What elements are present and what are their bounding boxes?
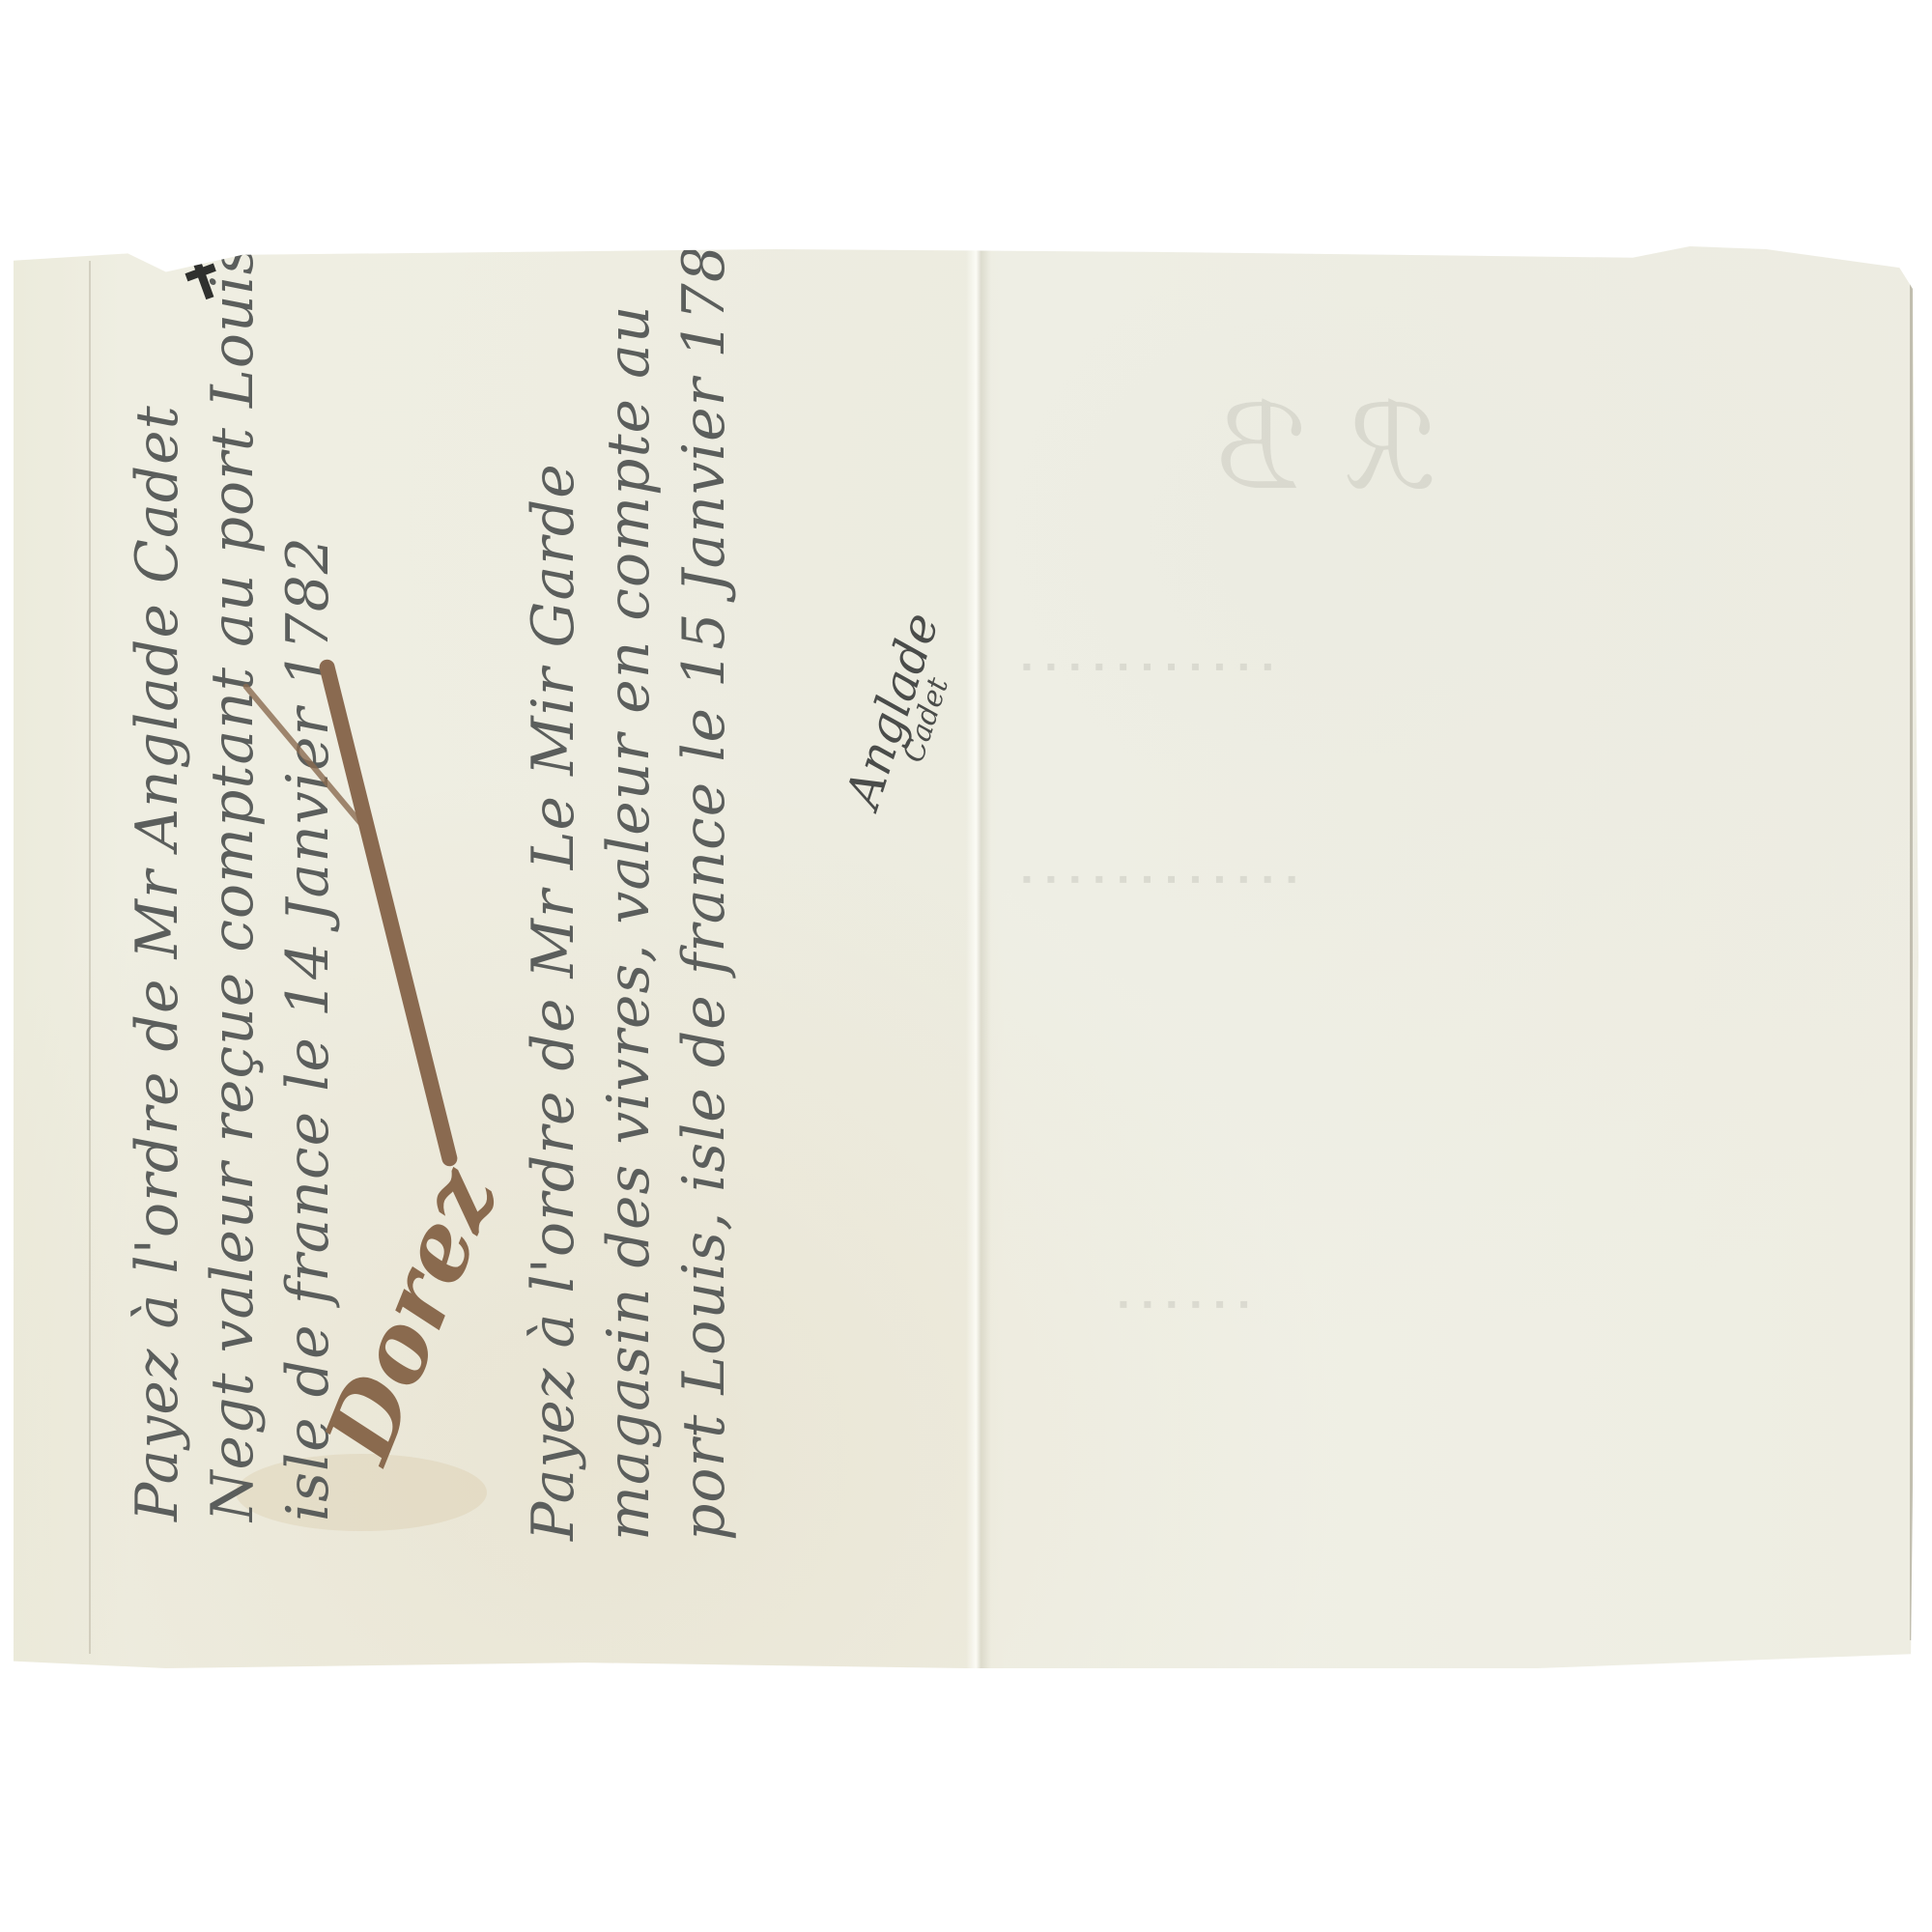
endorsement-2: Payez à l'ordre de Mr Le Mir Garde magas… bbox=[516, 207, 742, 1541]
show-through-print: ▪ ▪ ▪ ▪ ▪ ▪ bbox=[1115, 1290, 1249, 1321]
center-fold bbox=[966, 246, 991, 1668]
show-through-print: ℛ ℬ bbox=[1211, 382, 1435, 516]
endorsement-1-line-2: Negt valeur reçue comptant au port Louis bbox=[195, 243, 270, 1521]
endorsement-2-line-1: Payez à l'ordre de Mr Le Mir Garde bbox=[516, 207, 591, 1541]
endorsement-2-line-3: port Louis, isle de france le 15 Janvier… bbox=[667, 207, 742, 1541]
endorsement-2-signature: Anglade Cadet bbox=[835, 606, 973, 821]
left-margin-line bbox=[89, 261, 91, 1655]
endorsement-1-line-1: Payez à l'ordre de Mr Anglade Cadet bbox=[120, 243, 195, 1521]
show-through-print: ▪ ▪ ▪ ▪ ▪ ▪ ▪ ▪ ▪ ▪ ▪ bbox=[1018, 652, 1272, 683]
endorsement-2-line-2: magasin des vivres, valeur en compte au bbox=[591, 207, 667, 1541]
endorsement-1-line-3: isle de france le 14 Janvier 1782 bbox=[270, 243, 346, 1521]
document-sheet: ℛ ℬ ▪ ▪ ▪ ▪ ▪ ▪ ▪ ▪ ▪ ▪ ▪ ▪ ▪ ▪ ▪ ▪ ▪ ▪ … bbox=[14, 246, 1918, 1668]
show-through-print: ▪ ▪ ▪ ▪ ▪ ▪ ▪ ▪ ▪ ▪ ▪ ▪ bbox=[1018, 865, 1296, 895]
right-edge-fold bbox=[1910, 274, 1913, 1639]
endorsement-1: Payez à l'ordre de Mr Anglade Cadet Negt… bbox=[120, 243, 346, 1521]
